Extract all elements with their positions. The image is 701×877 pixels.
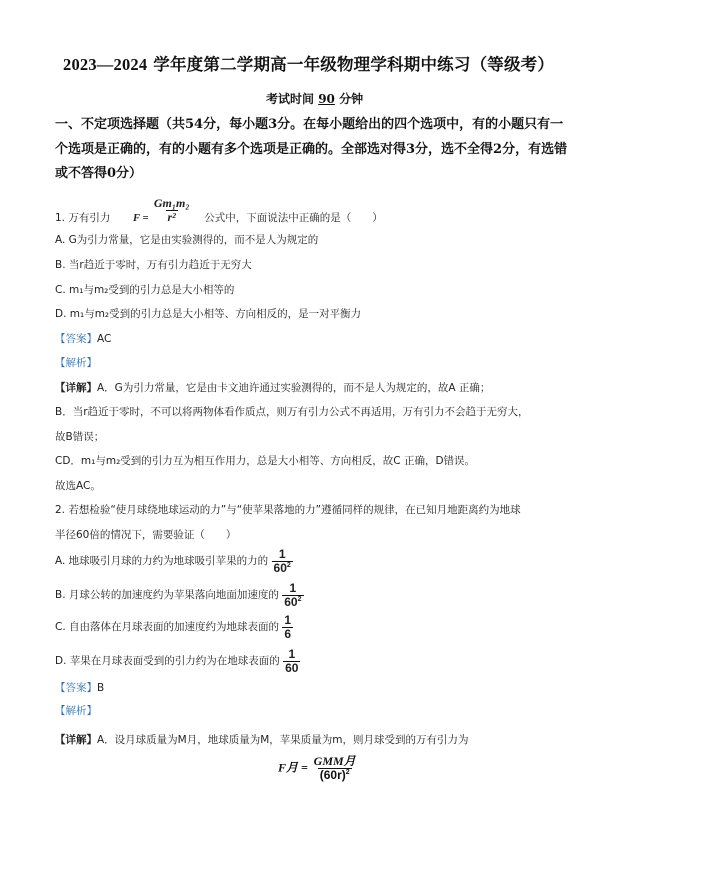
fraction-denominator: 60 xyxy=(283,661,300,675)
section-instructions-line-3: 或不答得0分） xyxy=(55,162,142,181)
exam-time-value: 90 xyxy=(318,92,335,106)
q1-stem-suffix: 公式中，下面说法中正确的是（ ） xyxy=(204,212,383,224)
exam-time-prefix: 考试时间 xyxy=(266,92,314,106)
fraction-numerator: 1 xyxy=(277,548,288,561)
exam-time-suffix: 分钟 xyxy=(339,92,363,106)
q1-detail-line-4: CD．m₁与m₂受到的引力互为相互作用力，总是大小相等、方向相反，故C 正确，D… xyxy=(55,453,475,468)
q1-option-d: D. m₁与m₂受到的引力总是大小相等、方向相反的，是一对平衡力 xyxy=(55,306,361,321)
q1-stem: 1. 万有引力 F = Gm₁m₂ r² 公式中，下面说法中正确的是（ ） xyxy=(55,205,383,231)
title-year: 2023—2024 xyxy=(63,55,147,74)
q1-detail-line-2: B．当r趋近于零时，不可以将两物体看作质点，则万有引力公式不再适用，万有引力不会… xyxy=(55,404,529,419)
fraction-numerator: 1 xyxy=(288,582,299,595)
q2-option-b: B. 月球公转的加速度约为苹果落向地面加速度的 1 602 xyxy=(55,582,304,608)
q1-detail-line-3: 故B错误； xyxy=(55,429,104,444)
q1-stem-prefix: 1. 万有引力 xyxy=(55,212,110,224)
q2-detail-label: 【详解】 xyxy=(55,734,97,746)
q1-detail-line-5: 故选AC。 xyxy=(55,478,101,493)
q1-option-c: C. m₁与m₂受到的引力总是大小相等的 xyxy=(55,282,234,297)
q2-formula-denominator-base: (60r) xyxy=(320,768,346,782)
q2-formula-denominator: (60r)2 xyxy=(318,768,352,782)
q2-formula-exponent: 2 xyxy=(346,769,350,776)
q2-detail-line-1: 【详解】A．设月球质量为M月，地球质量为M，苹果质量为m，则月球受到的万有引力为 xyxy=(55,732,469,747)
q2-option-d-fraction: 1 60 xyxy=(283,648,300,674)
fraction-denominator-base: 60 xyxy=(274,561,287,575)
q2-option-c-text: C. 自由落体在月球表面的加速度约为地球表面的 xyxy=(55,621,279,633)
q2-option-a-text: A. 地球吸引月球的力约为地球吸引苹果的力的 xyxy=(55,555,268,567)
q2-option-a-fraction: 1 602 xyxy=(272,548,293,574)
q1-detail-line-1: 【详解】A．G为引力常量，它是由卡文迪许通过实验测得的，而不是人为规定的，故A … xyxy=(55,380,490,395)
q2-stem-line-1: 2. 若想检验“使月球绕地球运动的力”与“使苹果落地的力”遵循同样的规律，在已知… xyxy=(55,502,521,517)
q1-answer-value: AC xyxy=(97,333,111,345)
fraction-exponent: 2 xyxy=(287,562,291,569)
q2-option-c: C. 自由落体在月球表面的加速度约为地球表面的 1 6 xyxy=(55,614,293,640)
section-instructions-line-1: 一、不定项选择题（共54分，每小题3分。在每小题给出的四个选项中，有的小题只有一 xyxy=(55,113,563,132)
q2-option-a: A. 地球吸引月球的力约为地球吸引苹果的力的 1 602 xyxy=(55,548,293,574)
q2-formula-numerator: GMM月 xyxy=(312,755,358,768)
exam-time: 考试时间 90 分钟 xyxy=(266,90,363,107)
q1-formula-fraction: Gm₁m₂ r² xyxy=(152,197,192,223)
q1-formula-numerator: Gm₁m₂ xyxy=(152,197,192,210)
q2-answer-label: 【答案】 xyxy=(55,682,97,694)
q1-option-a: A. G为引力常量，它是由实验测得的，而不是人为规定的 xyxy=(55,232,318,247)
q2-formula-lhs: F月 = xyxy=(278,761,308,775)
document-title: 2023—2024 学年度第二学期高一年级物理学科期中练习（等级考） xyxy=(63,51,554,75)
q2-option-d: D. 苹果在月球表面受到的引力约为在地球表面的 1 60 xyxy=(55,648,300,674)
q1-option-b: B. 当r趋近于零时，万有引力趋近于无穷大 xyxy=(55,257,252,272)
q1-detail-text-1: A．G为引力常量，它是由卡文迪许通过实验测得的，而不是人为规定的，故A 正确； xyxy=(97,382,490,394)
q1-answer: 【答案】AC xyxy=(55,331,111,346)
q2-option-d-text: D. 苹果在月球表面受到的引力约为在地球表面的 xyxy=(55,655,280,667)
fraction-denominator: 6 xyxy=(282,627,293,641)
fraction-denominator-base: 60 xyxy=(284,595,297,609)
q2-detail-text: A．设月球质量为M月，地球质量为M，苹果质量为m，则月球受到的万有引力为 xyxy=(97,734,469,746)
q2-answer: 【答案】B xyxy=(55,680,104,695)
q2-answer-value: B xyxy=(97,682,104,694)
q2-option-b-fraction: 1 602 xyxy=(282,582,303,608)
q2-option-b-text: B. 月球公转的加速度约为苹果落向地面加速度的 xyxy=(55,589,279,601)
q2-option-c-fraction: 1 6 xyxy=(282,614,293,640)
q2-formula-fraction: GMM月 (60r)2 xyxy=(312,755,358,781)
title-text: 学年度第二学期高一年级物理学科期中练习（等级考） xyxy=(153,55,554,74)
q1-formula-denominator: r² xyxy=(166,210,178,224)
q2-analysis-label: 【解析】 xyxy=(55,703,97,718)
fraction-exponent: 2 xyxy=(298,596,302,603)
q1-formula-lhs: F = xyxy=(133,213,148,224)
fraction-denominator: 602 xyxy=(282,595,303,609)
fraction-numerator: 1 xyxy=(286,648,297,661)
q1-detail-label: 【详解】 xyxy=(55,382,97,394)
q1-answer-label: 【答案】 xyxy=(55,333,97,345)
fraction-numerator: 1 xyxy=(282,614,293,627)
q2-stem-line-2: 半径60倍的情况下，需要验证（ ） xyxy=(55,527,236,542)
section-instructions-line-2: 个选项是正确的，有的小题有多个选项是正确的。全部选对得3分，选不全得2分，有选错 xyxy=(55,138,567,157)
q1-analysis-label: 【解析】 xyxy=(55,355,97,370)
q2-formula: F月 = GMM月 (60r)2 xyxy=(278,755,358,781)
fraction-denominator: 602 xyxy=(272,561,293,575)
